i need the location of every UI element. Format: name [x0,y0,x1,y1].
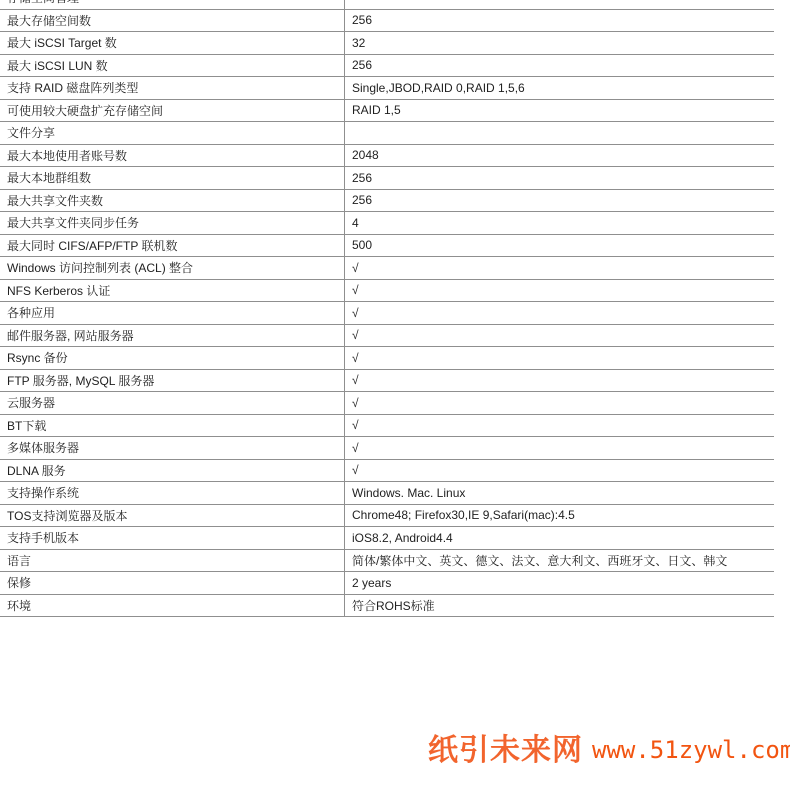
watermark-url: www.51zywl.com [592,736,790,764]
table-row: 邮件服务器, 网站服务器 √ [0,324,774,347]
spec-label: Windows 访问控制列表 (ACL) 整合 [0,257,345,280]
spec-value: 符合ROHS标准 [345,594,775,617]
table-row: FTP 服务器, MySQL 服务器 √ [0,369,774,392]
spec-label: 最大 iSCSI LUN 数 [0,54,345,77]
spec-sheet: 存储空间管理 最大存储空间数 256 最大 iSCSI Target 数 32 … [0,0,775,617]
table-row: 支持手机版本 iOS8.2, Android4.4 [0,527,774,550]
spec-label: 支持操作系统 [0,482,345,505]
spec-label: 最大共享文件夹同步任务 [0,212,345,235]
spec-label: 各种应用 [0,302,345,325]
spec-value: 500 [345,234,775,257]
spec-label: 环境 [0,594,345,617]
spec-value: Single,JBOD,RAID 0,RAID 1,5,6 [345,77,775,100]
table-row: 最大 iSCSI LUN 数 256 [0,54,774,77]
table-row: 最大本地群组数 256 [0,167,774,190]
table-row: 保修 2 years [0,572,774,595]
table-row: 多媒体服务器 √ [0,437,774,460]
table-row: 存储空间管理 [0,0,774,9]
table-row: 最大共享文件夹数 256 [0,189,774,212]
spec-value: Chrome48; Firefox30,IE 9,Safari(mac):4.5 [345,504,775,527]
spec-value: 256 [345,189,775,212]
spec-value: √ [345,437,775,460]
spec-label: 最大存储空间数 [0,9,345,32]
spec-label: NFS Kerberos 认证 [0,279,345,302]
table-row: 语言 简体/繁体中文、英文、德文、法文、意大利文、西班牙文、日文、韩文 [0,549,774,572]
table-row: DLNA 服务 √ [0,459,774,482]
spec-value [345,0,775,9]
spec-label: 保修 [0,572,345,595]
table-row: 最大存储空间数 256 [0,9,774,32]
spec-value: √ [345,347,775,370]
table-row: Windows 访问控制列表 (ACL) 整合 √ [0,257,774,280]
spec-value: 256 [345,9,775,32]
table-row: TOS支持浏览器及版本 Chrome48; Firefox30,IE 9,Saf… [0,504,774,527]
spec-label: TOS支持浏览器及版本 [0,504,345,527]
spec-label: 最大本地使用者账号数 [0,144,345,167]
table-row: 最大共享文件夹同步任务 4 [0,212,774,235]
table-row: 支持操作系统 Windows. Mac. Linux [0,482,774,505]
spec-label: 存储空间管理 [0,0,345,9]
spec-label: 最大 iSCSI Target 数 [0,32,345,55]
watermark-site-name: 纸引未来网 [428,734,583,767]
spec-value: √ [345,324,775,347]
spec-value: 32 [345,32,775,55]
spec-label: Rsync 备份 [0,347,345,370]
spec-value: √ [345,257,775,280]
table-row: 最大本地使用者账号数 2048 [0,144,774,167]
spec-label: 最大共享文件夹数 [0,189,345,212]
spec-value: 简体/繁体中文、英文、德文、法文、意大利文、西班牙文、日文、韩文 [345,549,775,572]
table-row: 可使用较大硬盘扩充存储空间 RAID 1,5 [0,99,774,122]
spec-label: 邮件服务器, 网站服务器 [0,324,345,347]
spec-value: 4 [345,212,775,235]
spec-label: 语言 [0,549,345,572]
spec-label: 最大本地群组数 [0,167,345,190]
table-row: 最大 iSCSI Target 数 32 [0,32,774,55]
table-row: 云服务器 √ [0,392,774,415]
table-row: 环境 符合ROHS标准 [0,594,774,617]
spec-value: √ [345,459,775,482]
spec-label: FTP 服务器, MySQL 服务器 [0,369,345,392]
spec-value: RAID 1,5 [345,99,775,122]
spec-value: √ [345,279,775,302]
table-row: NFS Kerberos 认证 √ [0,279,774,302]
table-row: Rsync 备份 √ [0,347,774,370]
spec-value: 2048 [345,144,775,167]
spec-label: 支持 RAID 磁盘阵列类型 [0,77,345,100]
spec-label: DLNA 服务 [0,459,345,482]
spec-label: 支持手机版本 [0,527,345,550]
spec-label: BT下载 [0,414,345,437]
table-row: 最大同时 CIFS/AFP/FTP 联机数 500 [0,234,774,257]
table-row: 支持 RAID 磁盘阵列类型 Single,JBOD,RAID 0,RAID 1… [0,77,774,100]
spec-value: √ [345,369,775,392]
spec-label: 云服务器 [0,392,345,415]
spec-value: iOS8.2, Android4.4 [345,527,775,550]
spec-value: √ [345,392,775,415]
spec-label: 可使用较大硬盘扩充存储空间 [0,99,345,122]
spec-table-body: 存储空间管理 最大存储空间数 256 最大 iSCSI Target 数 32 … [0,0,774,617]
table-row: 文件分享 [0,122,774,145]
spec-value: √ [345,414,775,437]
table-row: 各种应用 √ [0,302,774,325]
spec-table: 存储空间管理 最大存储空间数 256 最大 iSCSI Target 数 32 … [0,0,774,617]
spec-value: Windows. Mac. Linux [345,482,775,505]
spec-value [345,122,775,145]
spec-label: 最大同时 CIFS/AFP/FTP 联机数 [0,234,345,257]
watermark: 纸引未来网www.51zywl.com [428,725,790,769]
spec-label: 多媒体服务器 [0,437,345,460]
spec-value: 256 [345,167,775,190]
spec-label: 文件分享 [0,122,345,145]
spec-value: 256 [345,54,775,77]
table-row: BT下载 √ [0,414,774,437]
spec-value: 2 years [345,572,775,595]
spec-value: √ [345,302,775,325]
